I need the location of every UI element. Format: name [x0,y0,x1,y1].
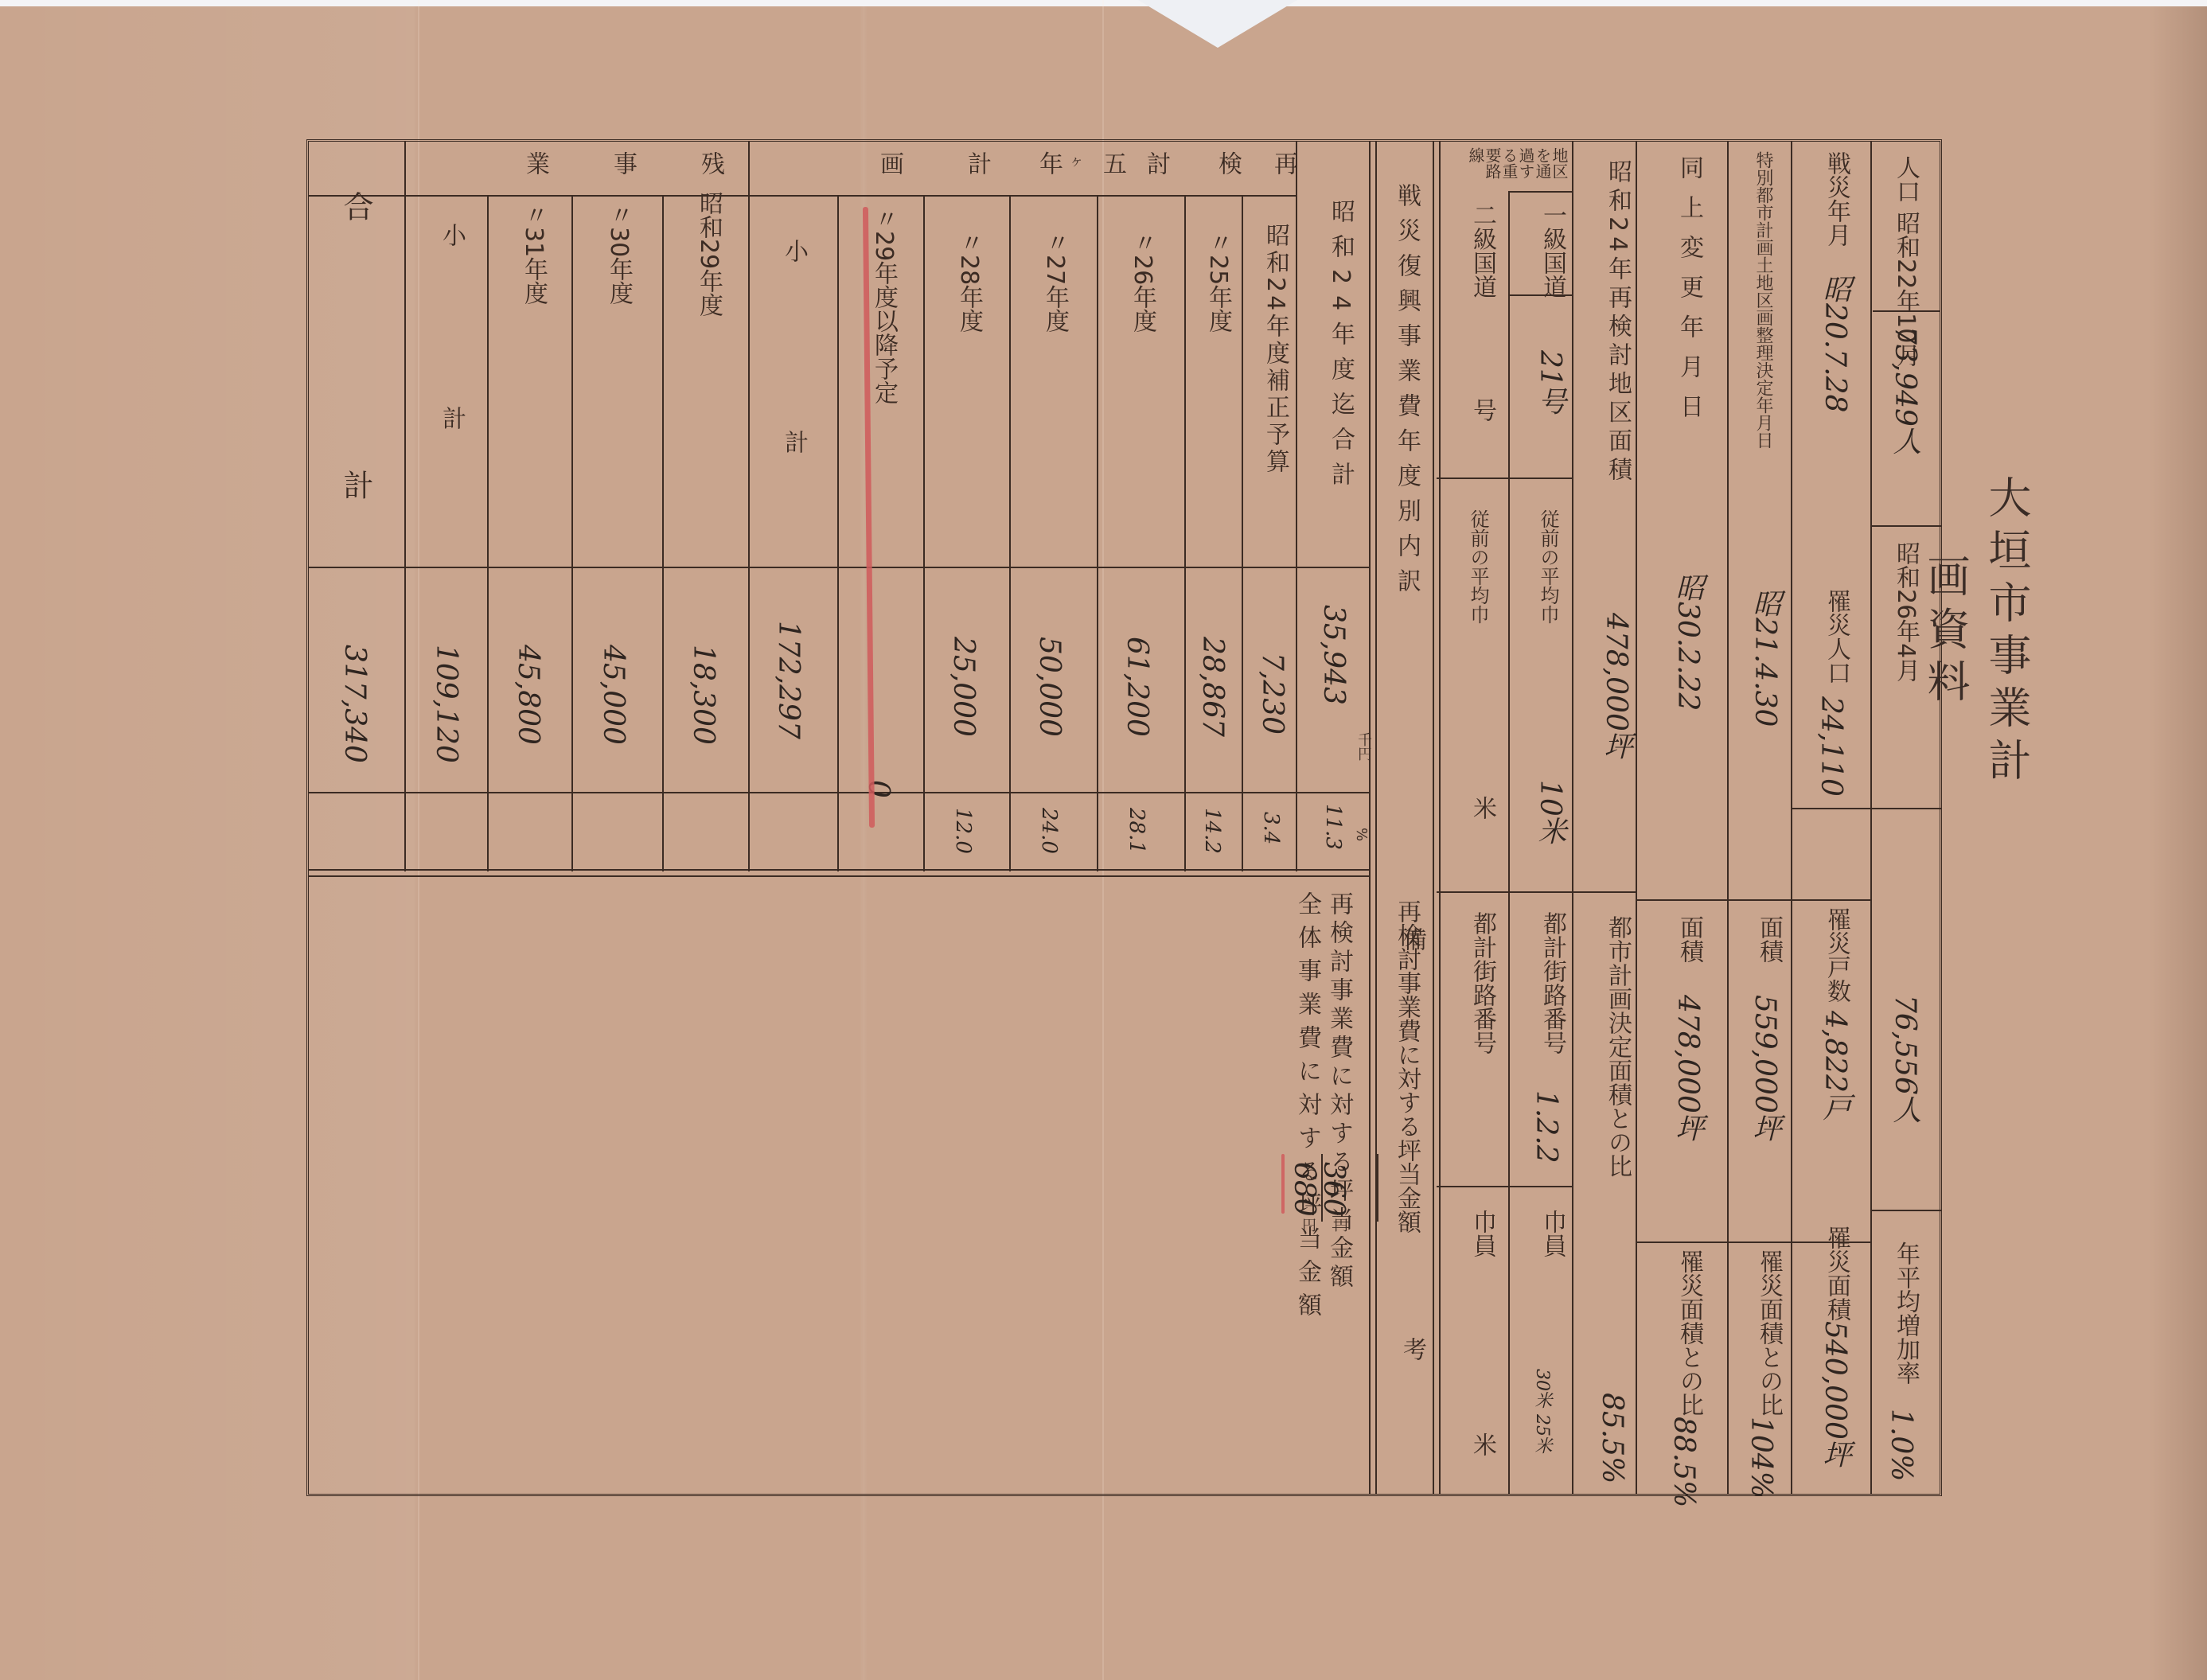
review-ratio-value: 85.5% [1596,1393,1628,1483]
divider [309,195,1296,197]
underline [1377,1154,1378,1222]
row-amount: 25,000 [947,637,980,737]
divider [1184,195,1186,871]
divider [1437,1186,1572,1187]
damaged-pop-value: 24,110 [1815,696,1847,797]
road-prev-width: 10米 [1530,780,1570,845]
damaged-area-value: 540,000坪 [1815,1321,1855,1468]
review-area-label: 昭和24年再検討地区面積 [1600,159,1635,485]
breakdown-title: 戦災復興事業費年度別内訳 [1389,183,1424,603]
group-label-review: 計 [959,151,994,175]
road-type: 一級国道 [1534,203,1569,298]
unit-percent: % [1353,828,1370,841]
group-label-review: 画 [871,151,907,175]
remark-2-value: 680 [1288,1162,1320,1217]
divider [1437,477,1572,479]
row-percent: 24.0 [1037,808,1061,854]
row-label-subtotal: 計 [434,406,469,430]
row-percent: 28.1 [1125,808,1148,854]
divider [1437,891,1636,893]
road-number: 号 [1464,398,1499,422]
remark-label: 再検討事業費に対する坪当金額 [1389,899,1424,1234]
row-amount: 109,120 [430,645,462,763]
damaged-households-value: 4,822戸 [1815,1011,1855,1121]
road-prev-width: 米 [1464,796,1499,820]
group-label-review: 年 [1031,151,1066,175]
group-label-review: 討 [1138,151,1173,175]
group-label-remaining: 残 [692,151,727,175]
remark-1-label: 再検討事業費に対する坪当金額 [1321,891,1356,1292]
road-prev-width-label: 従前の平均巾 [1534,509,1562,624]
unit-amount: 千円 [1353,732,1374,761]
row-amount-struck: 0 [862,780,895,798]
row-label: 〃26年度 [1125,231,1160,333]
divider [1636,142,1637,1495]
plan-decision-area-value: 559,000坪 [1745,995,1785,1142]
road-width: 30米 25米 [1530,1369,1554,1454]
divider [1727,142,1729,1495]
plan-change-date: 昭30.2.22 [1667,573,1708,711]
divider [748,142,750,871]
row-label: 昭和29年度 [691,191,726,317]
road-plan-number: 1.2.2 [1530,1090,1562,1164]
row-amount: 50,000 [1033,637,1066,737]
divider [404,142,406,871]
row-percent: 11.3 [1321,804,1345,850]
road-plan-label: 都計街路番号 [1464,911,1499,1054]
row-label-total: 計 [334,470,378,500]
damaged-area-label: 罹災面積 [1819,1226,1854,1321]
road-width: 米 [1464,1432,1499,1456]
plan-change-label: 同上変更年月日 [1671,155,1706,434]
row-label: 昭和24年度補正予算 [1258,223,1293,476]
divider [309,567,1369,568]
divider [662,195,664,871]
divider [1870,525,1942,527]
population-value2: 76,556人 [1885,995,1925,1124]
underline [1321,1154,1323,1222]
row-percent: 12.0 [951,808,975,854]
row-label-total: 合 [334,191,378,221]
plan-change-area-label: 面積 [1671,915,1706,963]
row-amount: 7,230 [1256,653,1289,735]
growth-label: 年平均増加率 [1888,1241,1923,1385]
group-label-review: 五 [1094,151,1129,175]
divider [1791,142,1792,1495]
group-label-review: 検 [1210,151,1245,175]
row-amount: 28,867 [1196,637,1229,737]
group-label-remaining: 事 [605,151,640,175]
row-amount: 61,200 [1121,637,1153,737]
red-mark [1281,1154,1285,1214]
row-percent: 14.2 [1200,808,1224,854]
divider [1572,142,1573,1495]
divider [1508,191,1510,1495]
section-divider [1369,142,1377,1495]
plan-decision-area-label: 面積 [1751,915,1786,963]
divider [487,195,489,871]
growth-value: 1.0% [1885,1409,1917,1481]
divider [309,792,1369,793]
plan-decision-ratio-label: 罹災面積との比 [1751,1249,1786,1417]
row-label: 〃30年度 [601,203,636,305]
road-width-label: 巾員 [1464,1210,1499,1257]
population-value1: 73,949人 [1885,326,1925,455]
divider [1009,195,1011,871]
row-label-struck: 〃29年度以降予定 [866,207,901,404]
war-damage-label: 戦災年月 [1819,151,1854,247]
remarks-label-bottom: 考 [1394,1337,1429,1361]
divider [1636,899,1870,901]
plan-change-ratio-label: 罹災面積との比 [1671,1249,1706,1417]
row-percent: 3.4 [1259,812,1283,844]
plan-change-ratio-value: 88.5% [1667,1417,1700,1507]
row-label: 〃27年度 [1037,231,1072,333]
section-divider [309,869,1369,877]
group-label-review-start: 再 [1265,151,1300,175]
divider [1870,1210,1942,1211]
row-amount-total: 317,340 [338,645,371,763]
row-amount: 45,000 [597,645,630,745]
remark-2-unit: 円 [1297,1218,1318,1232]
row-amount: 45,800 [512,645,544,745]
group-label-remaining: 業 [517,151,552,175]
section-divider [1433,142,1441,1495]
divider [1791,808,1942,809]
population-date2: 昭和26年4月 [1888,541,1923,682]
population-label: 人口 [1888,155,1923,203]
divider [1870,142,1872,1495]
road-type: 二級国道 [1464,203,1499,298]
remark-1-unit: 円 [1329,1218,1350,1232]
divider [923,195,925,871]
row-amount: 35,943 [1317,605,1350,705]
row-label-subtotal: 小 [776,239,811,263]
row-label-subtotal: 小 [434,223,469,247]
plan-change-area-value: 478,000坪 [1667,995,1708,1142]
plan-decision-ratio-value: 104% [1745,1417,1777,1499]
road-width-label: 巾員 [1534,1210,1569,1257]
divider [1242,195,1243,871]
road-prev-width-label: 従前の平均巾 [1464,509,1492,624]
damaged-pop-label: 罹災人口 [1819,589,1854,684]
damaged-households-label: 罹災戸数 [1819,907,1854,1003]
row-label: 〃25年度 [1200,231,1235,333]
row-label: 昭和24年度迄合計 [1323,199,1358,497]
divider [1296,142,1297,871]
review-area-value: 478,000坪 [1596,613,1636,760]
plan-decision-date: 昭21.4.30 [1745,589,1785,727]
roads-group-label: 地区を通過する重要路線 [1516,147,1567,187]
divider [1097,195,1098,871]
road-plan-label: 都計街路番号 [1534,911,1569,1054]
war-damage-date: 昭20.7.28 [1815,275,1855,412]
divider [1508,191,1572,193]
divider [837,195,839,871]
divider [571,195,573,871]
road-number: 21号 [1530,350,1570,415]
row-amount: 18,300 [687,645,719,745]
row-label: 〃31年度 [516,203,551,305]
plan-decision-label: 特別都市計画土地区画整理決定年月日 [1751,151,1776,449]
page-title: 大垣市事業計画資料 [1982,466,2037,800]
review-ratio-label: 都市計画決定面積との比 [1600,915,1635,1178]
row-label-subtotal: 計 [776,430,811,454]
row-label: 〃28年度 [951,231,986,333]
remark-2-label: 全体事業費に対する坪当金額 [1289,891,1324,1326]
row-amount: 172,297 [772,621,805,739]
